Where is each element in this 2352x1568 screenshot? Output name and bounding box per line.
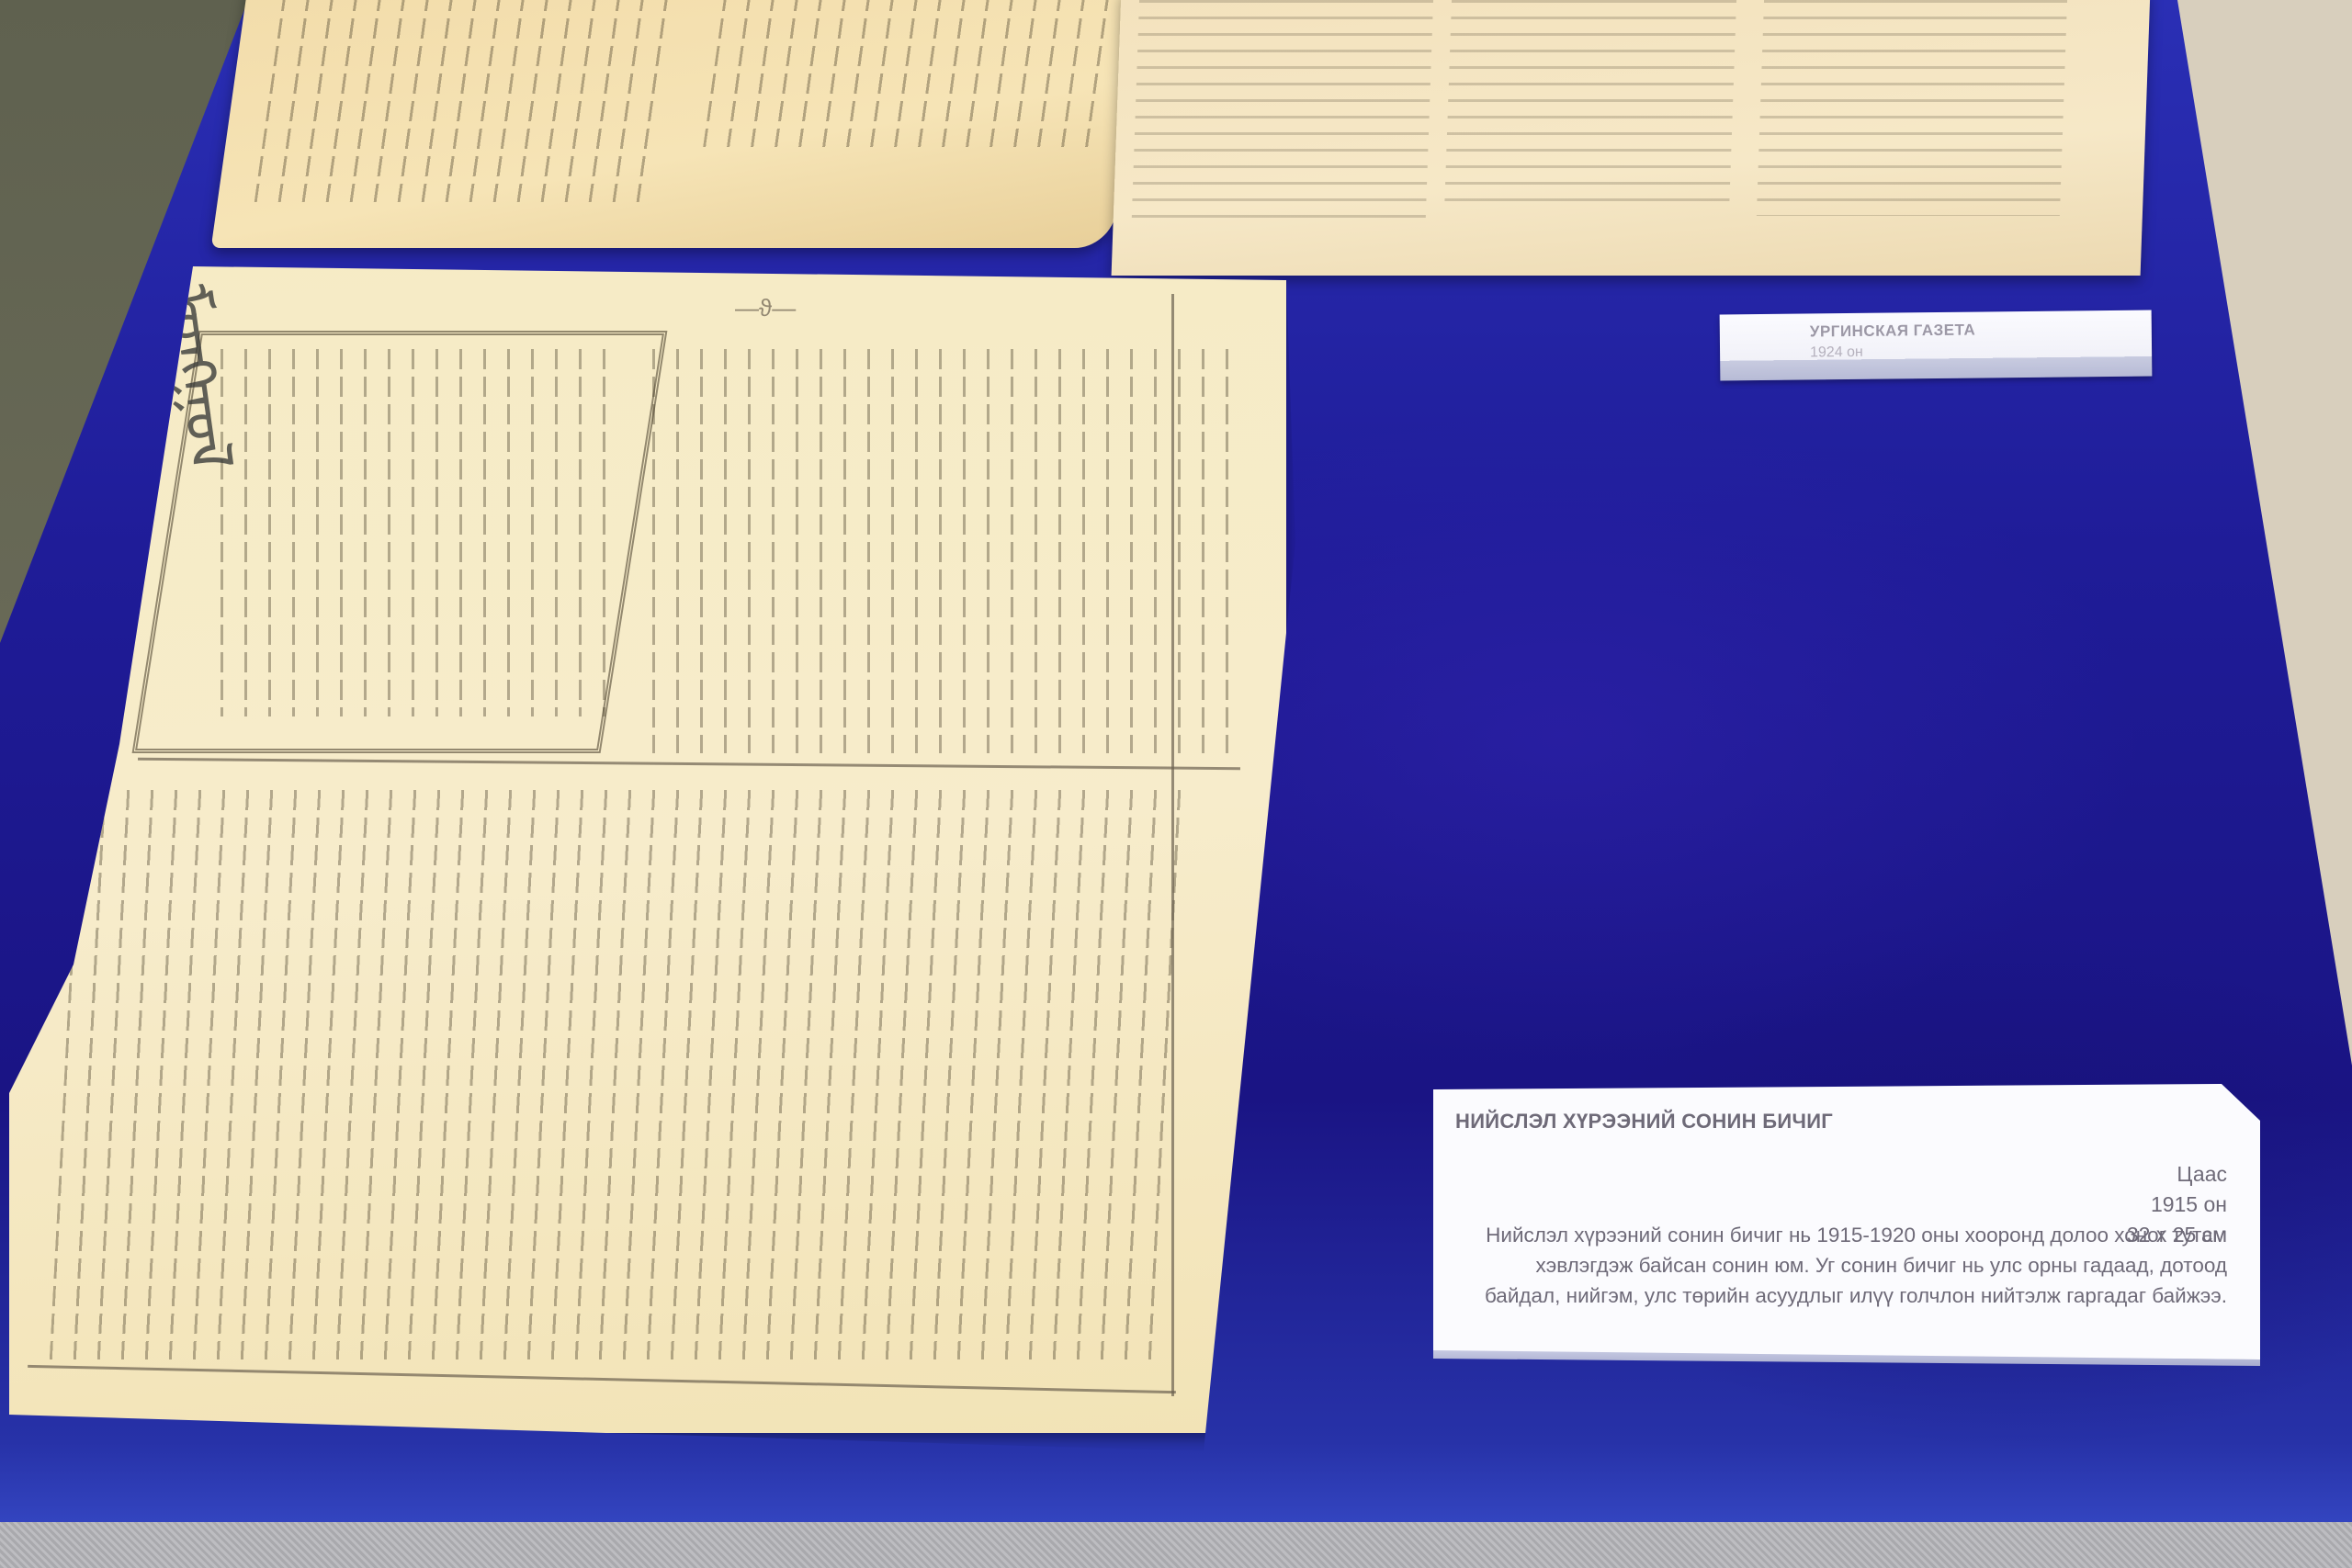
mongolian-script-columns — [703, 0, 1111, 147]
mongolian-script-columns — [254, 0, 688, 202]
russian-text-column — [1757, 0, 2067, 216]
russian-text-column — [1132, 0, 1433, 220]
section-divider — [138, 758, 1240, 770]
body-article-text — [50, 790, 1200, 1359]
bottom-border-rule — [28, 1365, 1176, 1393]
label-title: НИЙСЛЭЛ ХҮРЭЭНИЙ СОНИН БИЧИГ — [1455, 1110, 1833, 1134]
niislel-khuree-newspaper: —ϑ— ᠮᠣᠩᠭᠣᠯ — [9, 266, 1286, 1433]
display-case-scene: —ϑ— ᠮᠣᠩᠭᠣᠯ УРГИНСКАЯ ГАЗЕТА 1924 он НИЙС… — [0, 0, 2352, 1568]
urga-gazette-label: УРГИНСКАЯ ГАЗЕТА 1924 он — [1720, 310, 2153, 381]
niislel-khuree-label: НИЙСЛЭЛ ХҮРЭЭНИЙ СОНИН БИЧИГ Цаас 1915 о… — [1433, 1084, 2260, 1359]
folded-mongolian-pages — [211, 0, 1149, 248]
label-title: УРГИНСКАЯ ГАЗЕТА — [1810, 321, 1976, 342]
label-description: Нийслэл хүрээний сонин бичиг нь 1915-192… — [1474, 1220, 2227, 1311]
right-border-rule — [1171, 294, 1174, 1396]
label-year: 1915 он — [2127, 1190, 2227, 1220]
label-material: Цаас — [2127, 1159, 2227, 1190]
russian-text-column — [1444, 0, 1736, 202]
case-base-strip — [0, 1522, 2352, 1568]
label-year: 1924 он — [1810, 344, 1863, 362]
urga-gazette-newspaper — [1112, 0, 2151, 276]
masthead-ornament: —ϑ— — [735, 294, 796, 322]
masthead-text — [220, 349, 606, 716]
lead-article-text — [652, 349, 1240, 753]
